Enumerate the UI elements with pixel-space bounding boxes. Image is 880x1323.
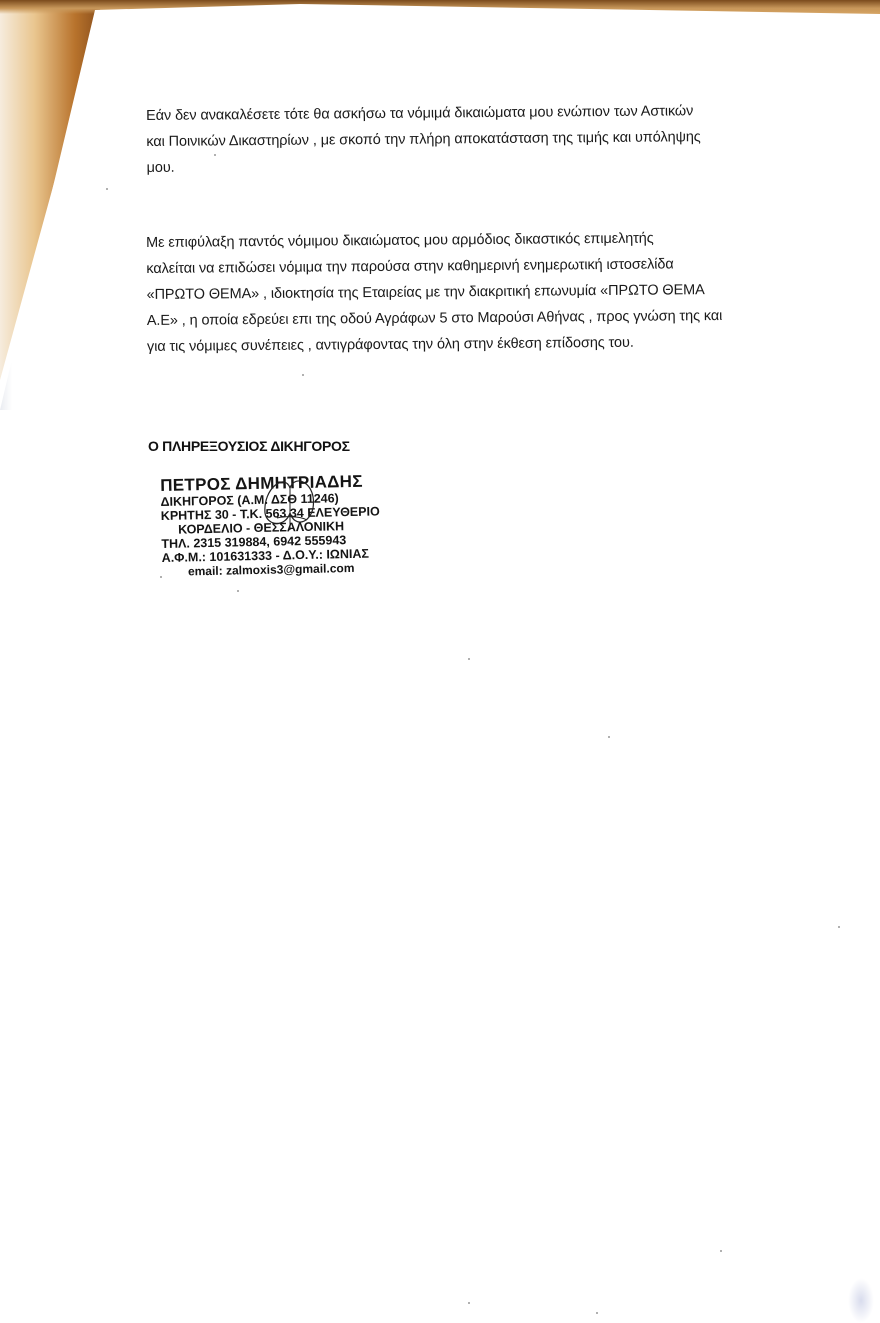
paper-speck (720, 1250, 722, 1252)
text-line: για τις νόμιμες συνέπειες , αντιγράφοντα… (147, 329, 767, 360)
paper-speck (596, 1312, 598, 1314)
paper-speck (302, 374, 304, 376)
paper-speck (106, 188, 108, 190)
paper-speck (838, 926, 840, 928)
paragraph-service-instruction: Με επιφύλαξη παντός νόμιμου δικαιώματος … (146, 225, 767, 360)
signer-title: Ο ΠΛΗΡΕΞΟΥΣΙΟΣ ΔΙΚΗΓΟΡΟΣ (148, 438, 350, 454)
document-content: Εάν δεν ανακαλέσετε τότε θα ασκήσω τα νό… (0, 0, 880, 1323)
paper-speck (608, 736, 610, 738)
handwritten-signature-icon (255, 468, 325, 538)
text-line: Α.Ε» , η οποία εδρεύει επι της οδού Αγρά… (147, 303, 767, 334)
paper-speck (214, 154, 216, 156)
paper-smudge (848, 1278, 874, 1323)
paper-speck (468, 658, 470, 660)
paragraph-revocation-warning: Εάν δεν ανακαλέσετε τότε θα ασκήσω τα νό… (146, 98, 767, 181)
paper-speck (237, 590, 239, 592)
paper-speck (160, 576, 162, 578)
text-line: μου. (146, 150, 766, 181)
paper-speck (468, 1302, 470, 1304)
text-line: και Ποινικών Δικαστηρίων , με σκοπό την … (146, 124, 766, 155)
